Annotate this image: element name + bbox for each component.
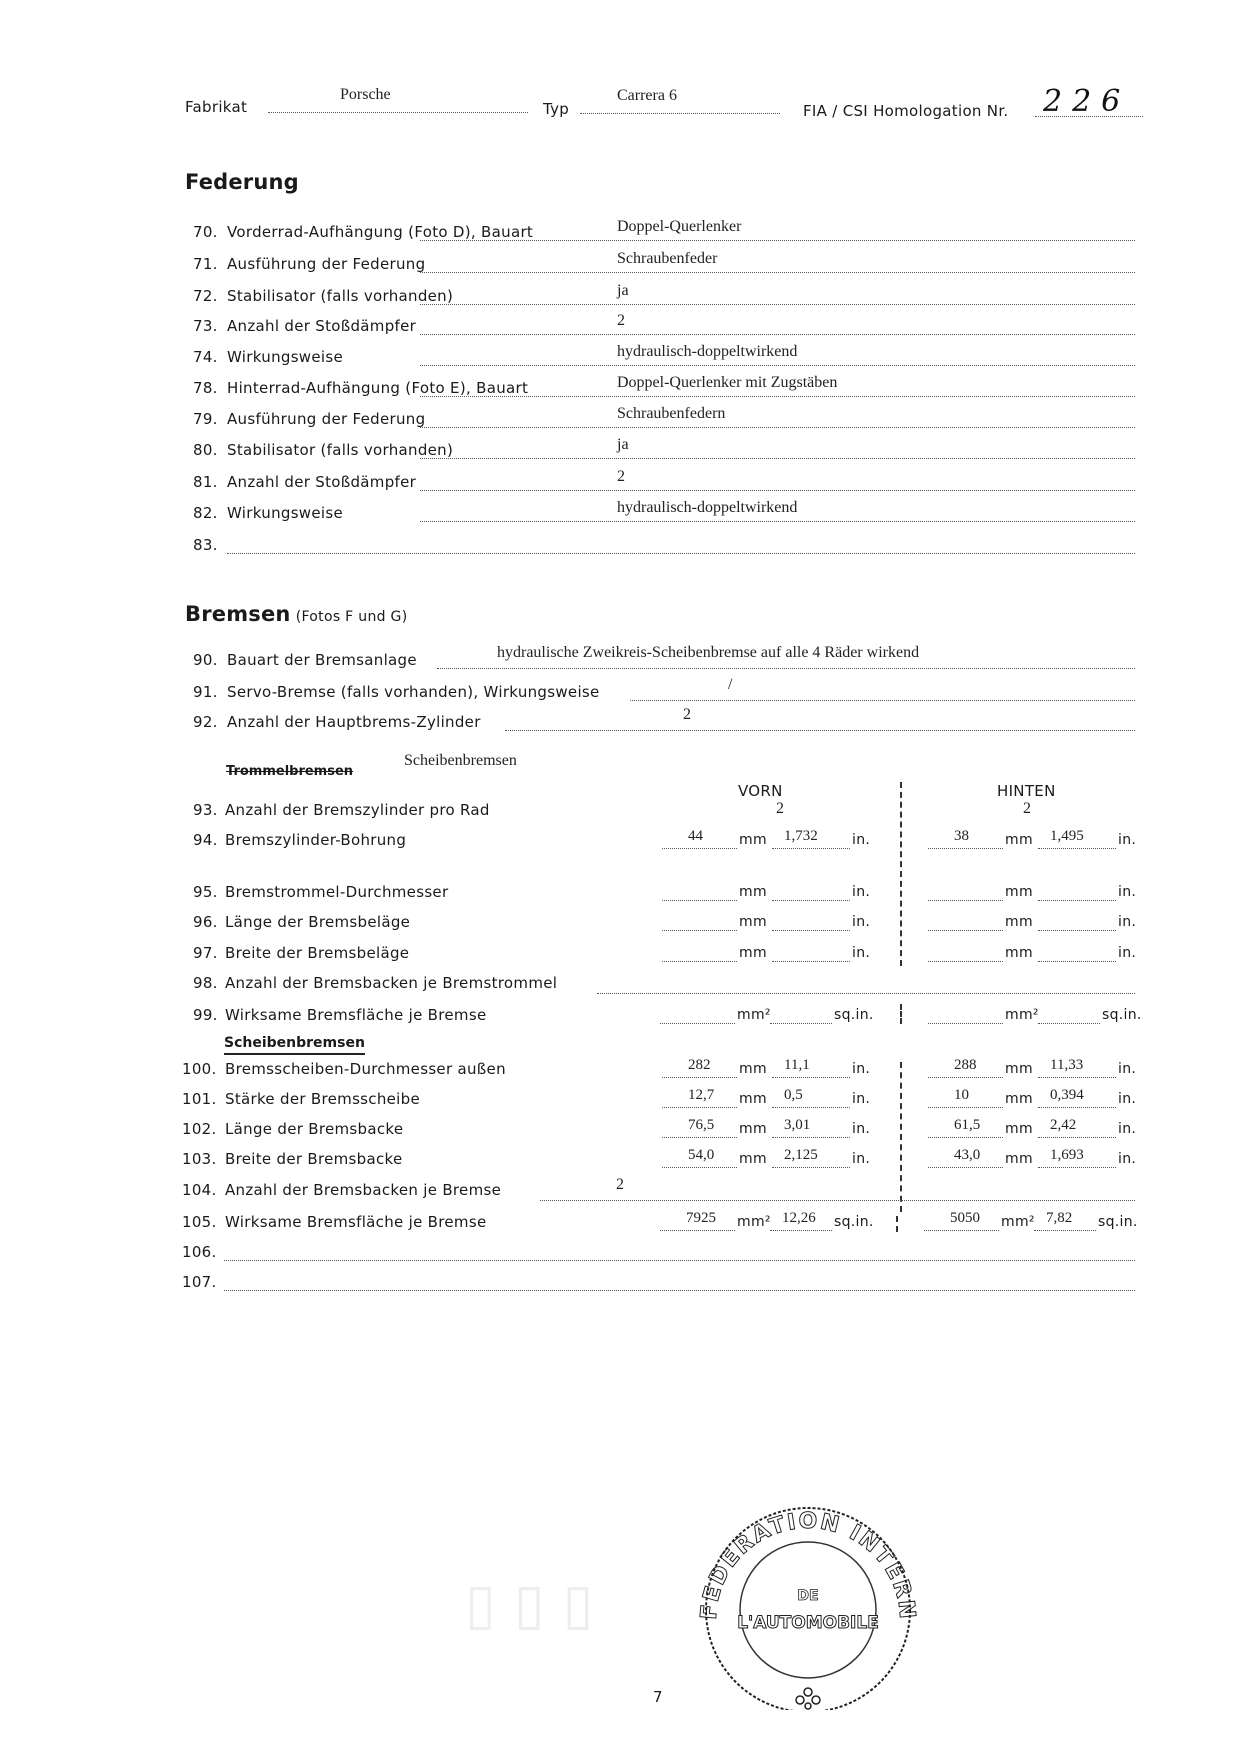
- row-number: 94.: [193, 831, 218, 849]
- row-number: 96.: [193, 913, 218, 931]
- row-value: 2: [617, 468, 625, 486]
- row-label: Hinterrad-Aufhängung (Foto E), Bauart: [227, 379, 528, 397]
- dots-front-b: [772, 848, 850, 849]
- row-number: 98.: [193, 974, 218, 992]
- dots-front-a: [662, 1137, 737, 1138]
- value-rear-mm: 10: [954, 1087, 969, 1104]
- dots-rear-a: [928, 930, 1003, 931]
- unit-rear-b: in.: [1118, 1151, 1136, 1167]
- column-divider-105: [896, 1216, 898, 1232]
- dots-rear-b: [1038, 1107, 1116, 1108]
- row-label: Servo-Bremse (falls vorhanden), Wirkungs…: [227, 683, 600, 701]
- unit-rear-b: in.: [1118, 1061, 1136, 1077]
- row-number: 107.: [182, 1273, 217, 1291]
- dots-rear-b: [1034, 1230, 1096, 1231]
- fabrikat-value: Porsche: [340, 86, 391, 104]
- section-title-federung: Federung: [185, 170, 299, 194]
- typ-value: Carrera 6: [617, 87, 677, 105]
- trommelbremsen-struck: Trommelbremsen: [226, 764, 353, 779]
- dots-rear-b: [1038, 1167, 1116, 1168]
- unit-front-a: mm²: [737, 1214, 771, 1230]
- value-rear: 2: [1023, 800, 1031, 818]
- row-label: Anzahl der Bremszylinder pro Rad: [225, 801, 490, 819]
- value-rear-mm: 61,5: [954, 1117, 980, 1134]
- dots-rear-b: [1038, 930, 1116, 931]
- unit-front-a: mm: [739, 1061, 767, 1077]
- row-number: 91.: [193, 683, 218, 701]
- row-value: ja: [617, 282, 629, 300]
- unit-front-b: in.: [852, 832, 870, 848]
- row-number: 106.: [182, 1243, 217, 1261]
- row-label: Anzahl der Stoßdämpfer: [227, 317, 416, 335]
- dots-front-b: [772, 900, 850, 901]
- value-line: [420, 427, 1135, 428]
- value-front-in: 0,5: [784, 1087, 803, 1104]
- dots-rear-a: [928, 1137, 1003, 1138]
- row-number: 70.: [193, 223, 218, 241]
- row-number: 90.: [193, 651, 218, 669]
- value-line: [630, 700, 1135, 701]
- value-line: [420, 396, 1135, 397]
- dots-rear-a: [928, 1167, 1003, 1168]
- fia-stamp-icon: FEDERATION INTERNATIONALE DE L'AUTOMOBIL…: [688, 1480, 928, 1710]
- row-label: Bremsscheiben-Durchmesser außen: [225, 1060, 506, 1078]
- column-divider-99: [900, 1004, 902, 1024]
- value-rear-in: 1,495: [1050, 828, 1084, 845]
- dots-front-b: [770, 1230, 832, 1231]
- row-number: 99.: [193, 1006, 218, 1024]
- scheibenbremsen-heading: Scheibenbremsen: [224, 1035, 365, 1055]
- value-line: [505, 730, 1135, 731]
- value-front-in: 11,1: [784, 1057, 810, 1074]
- row-value: Schraubenfeder: [617, 250, 717, 268]
- value-line: [597, 993, 1135, 994]
- unit-front-b: in.: [852, 1151, 870, 1167]
- dots-rear-a: [928, 1077, 1003, 1078]
- unit-front-b: in.: [852, 884, 870, 900]
- row-label: Anzahl der Hauptbrems-Zylinder: [227, 713, 481, 731]
- row-label: Stärke der Bremsscheibe: [225, 1090, 420, 1108]
- row-label: Länge der Bremsbeläge: [225, 913, 410, 931]
- dots-front-b: [772, 1167, 850, 1168]
- value-rear-in: 7,82: [1046, 1210, 1072, 1227]
- row-number: 105.: [182, 1213, 217, 1231]
- row-number: 93.: [193, 801, 218, 819]
- row-number: 81.: [193, 473, 218, 491]
- value-front-mm: 7925: [686, 1210, 716, 1227]
- row-number: 71.: [193, 255, 218, 273]
- row-label: Länge der Bremsbacke: [225, 1120, 403, 1138]
- dots-rear-a: [928, 848, 1003, 849]
- dots-front-a: [662, 1077, 737, 1078]
- value-line: [420, 240, 1135, 241]
- value-line: [540, 1200, 1135, 1201]
- svg-text:L'AUTOMOBILE: L'AUTOMOBILE: [737, 1613, 879, 1633]
- row-number: 73.: [193, 317, 218, 335]
- homologation-label: FIA / CSI Homologation Nr.: [803, 102, 1008, 120]
- row-label: Wirkungsweise: [227, 504, 343, 522]
- value-line: [224, 1290, 1135, 1291]
- value-rear-mm: 5050: [950, 1210, 980, 1227]
- unit-front-a: mm: [739, 1151, 767, 1167]
- unit-front-a: mm: [739, 884, 767, 900]
- dots-rear-b: [1038, 1023, 1100, 1024]
- row-number: 83.: [193, 536, 218, 554]
- dots-front-a: [662, 1167, 737, 1168]
- row-number: 103.: [182, 1150, 217, 1168]
- page-number: 7: [653, 1688, 663, 1706]
- row-label: Wirksame Bremsfläche je Bremse: [225, 1006, 487, 1024]
- value-line: [420, 490, 1135, 491]
- dots-rear-b: [1038, 961, 1116, 962]
- value-front-mm: 44: [688, 828, 703, 845]
- dots-front-b: [772, 1137, 850, 1138]
- unit-rear-a: mm: [1005, 1151, 1033, 1167]
- dots-rear-b: [1038, 848, 1116, 849]
- row-label: Anzahl der Bremsbacken je Bremstrommel: [225, 974, 557, 992]
- value-rear-in: 0,394: [1050, 1087, 1084, 1104]
- faded-mark: ▯▯▯: [465, 1572, 611, 1637]
- value-rear-mm: 288: [954, 1057, 977, 1074]
- row-number: 102.: [182, 1120, 217, 1138]
- row-value: 2: [616, 1176, 624, 1194]
- value-rear-in: 2,42: [1050, 1117, 1076, 1134]
- dots-front-a: [662, 900, 737, 901]
- unit-front-b: sq.in.: [834, 1007, 874, 1023]
- unit-rear-b: sq.in.: [1098, 1214, 1138, 1230]
- row-number: 74.: [193, 348, 218, 366]
- row-value: hydraulisch-doppeltwirkend: [617, 343, 797, 361]
- dots-rear-b: [1038, 900, 1116, 901]
- bremsen-subtitle: (Fotos F und G): [296, 609, 408, 625]
- value-line: [437, 668, 1135, 669]
- row-number: 100.: [182, 1060, 217, 1078]
- value-front-in: 12,26: [782, 1210, 816, 1227]
- row-number: 80.: [193, 441, 218, 459]
- row-value: Doppel-Querlenker mit Zugstäben: [617, 374, 837, 392]
- column-divider-disc: [900, 1062, 902, 1212]
- bremsen-title: Bremsen: [185, 602, 291, 626]
- dots-rear-a: [928, 1023, 1003, 1024]
- value-line: [227, 553, 1135, 554]
- unit-rear-b: in.: [1118, 1121, 1136, 1137]
- unit-rear-a: mm: [1005, 1121, 1033, 1137]
- row-label: Vorderrad-Aufhängung (Foto D), Bauart: [227, 223, 533, 241]
- unit-front-a: mm: [739, 945, 767, 961]
- dots-front-a: [662, 930, 737, 931]
- scheibenbremsen-typed: Scheibenbremsen: [404, 752, 517, 770]
- dots-front-a: [662, 1107, 737, 1108]
- value-front-in: 2,125: [784, 1147, 818, 1164]
- row-label: Ausführung der Federung: [227, 255, 425, 273]
- unit-rear-a: mm: [1005, 914, 1033, 930]
- value-line: [420, 272, 1135, 273]
- unit-rear-a: mm: [1005, 884, 1033, 900]
- value-front-mm: 76,5: [688, 1117, 714, 1134]
- row-label: Bauart der Bremsanlage: [227, 651, 417, 669]
- dots-front-a: [660, 1023, 735, 1024]
- svg-text:DE: DE: [797, 1588, 818, 1604]
- row-value: hydraulisch-doppeltwirkend: [617, 499, 797, 517]
- row-label: Stabilisator (falls vorhanden): [227, 441, 453, 459]
- fabrikat-label: Fabrikat: [185, 98, 247, 116]
- dots-rear-a: [924, 1230, 999, 1231]
- dots-front-a: [662, 848, 737, 849]
- row-number: 101.: [182, 1090, 217, 1108]
- row-number: 72.: [193, 287, 218, 305]
- row-label: Ausführung der Federung: [227, 410, 425, 428]
- row-label: Wirksame Bremsfläche je Bremse: [225, 1213, 487, 1231]
- row-label: Breite der Bremsbeläge: [225, 944, 409, 962]
- unit-front-a: mm: [739, 1121, 767, 1137]
- unit-front-b: in.: [852, 1091, 870, 1107]
- unit-rear-a: mm: [1005, 1061, 1033, 1077]
- value-front-in: 1,732: [784, 828, 818, 845]
- row-label: Wirkungsweise: [227, 348, 343, 366]
- value-line: [224, 1260, 1135, 1261]
- row-value: 2: [683, 706, 691, 724]
- dots-rear-a: [928, 961, 1003, 962]
- value-line: [420, 334, 1135, 335]
- value-rear-in: 11,33: [1050, 1057, 1083, 1074]
- row-value: hydraulische Zweikreis-Scheibenbremse au…: [497, 644, 919, 662]
- column-divider: [900, 782, 902, 966]
- unit-front-a: mm: [739, 1091, 767, 1107]
- row-label: Breite der Bremsbacke: [225, 1150, 403, 1168]
- value-front-mm: 282: [688, 1057, 711, 1074]
- unit-front-b: in.: [852, 1121, 870, 1137]
- dots-front-b: [772, 930, 850, 931]
- value-rear-in: 1,693: [1050, 1147, 1084, 1164]
- row-label: Stabilisator (falls vorhanden): [227, 287, 453, 305]
- column-header-rear: HINTEN: [997, 782, 1056, 800]
- dots-front-b: [772, 1077, 850, 1078]
- row-label: Bremstrommel-Durchmesser: [225, 883, 448, 901]
- row-value: ja: [617, 436, 629, 454]
- dots-front-b: [772, 1107, 850, 1108]
- value-front-mm: 12,7: [688, 1087, 714, 1104]
- row-number: 79.: [193, 410, 218, 428]
- value-front: 2: [776, 800, 784, 818]
- section-title-bremsen: Bremsen (Fotos F und G): [185, 602, 407, 626]
- unit-front-b: in.: [852, 914, 870, 930]
- value-line: [420, 365, 1135, 366]
- row-label: Anzahl der Stoßdämpfer: [227, 473, 416, 491]
- row-label: Anzahl der Bremsbacken je Bremse: [225, 1181, 501, 1199]
- row-number: 82.: [193, 504, 218, 522]
- row-number: 78.: [193, 379, 218, 397]
- homologation-number: 226: [1043, 84, 1130, 119]
- unit-front-a: mm: [739, 914, 767, 930]
- dots-rear-a: [928, 900, 1003, 901]
- unit-front-a: mm²: [737, 1007, 771, 1023]
- unit-rear-a: mm²: [1005, 1007, 1039, 1023]
- unit-rear-a: mm: [1005, 1091, 1033, 1107]
- row-value: /: [728, 676, 732, 694]
- row-number: 97.: [193, 944, 218, 962]
- row-number: 104.: [182, 1181, 217, 1199]
- row-label: Bremszylinder-Bohrung: [225, 831, 406, 849]
- typ-label: Typ: [543, 100, 569, 118]
- dots-rear-a: [928, 1107, 1003, 1108]
- unit-rear-b: in.: [1118, 832, 1136, 848]
- unit-rear-b: in.: [1118, 1091, 1136, 1107]
- unit-rear-a: mm²: [1001, 1214, 1035, 1230]
- dots-front-a: [660, 1230, 735, 1231]
- unit-front-b: in.: [852, 1061, 870, 1077]
- row-number: 92.: [193, 713, 218, 731]
- unit-front-b: in.: [852, 945, 870, 961]
- value-rear-mm: 43,0: [954, 1147, 980, 1164]
- unit-rear-a: mm: [1005, 945, 1033, 961]
- column-header-front: VORN: [738, 782, 783, 800]
- value-front-mm: 54,0: [688, 1147, 714, 1164]
- row-number: 95.: [193, 883, 218, 901]
- fabrikat-line: [268, 112, 528, 113]
- row-value: 2: [617, 312, 625, 330]
- unit-rear-b: sq.in.: [1102, 1007, 1142, 1023]
- typ-line: [580, 113, 780, 114]
- value-line: [420, 458, 1135, 459]
- row-value: Doppel-Querlenker: [617, 218, 741, 236]
- value-front-in: 3,01: [784, 1117, 810, 1134]
- dots-front-b: [772, 961, 850, 962]
- unit-rear-b: in.: [1118, 884, 1136, 900]
- unit-rear-a: mm: [1005, 832, 1033, 848]
- value-rear-mm: 38: [954, 828, 969, 845]
- dots-front-b: [770, 1023, 832, 1024]
- row-value: Schraubenfedern: [617, 405, 725, 423]
- unit-front-b: sq.in.: [834, 1214, 874, 1230]
- unit-rear-b: in.: [1118, 914, 1136, 930]
- value-line: [420, 304, 1135, 305]
- unit-front-a: mm: [739, 832, 767, 848]
- dots-rear-b: [1038, 1077, 1116, 1078]
- unit-rear-b: in.: [1118, 945, 1136, 961]
- dots-rear-b: [1038, 1137, 1116, 1138]
- value-line: [420, 521, 1135, 522]
- dots-front-a: [662, 961, 737, 962]
